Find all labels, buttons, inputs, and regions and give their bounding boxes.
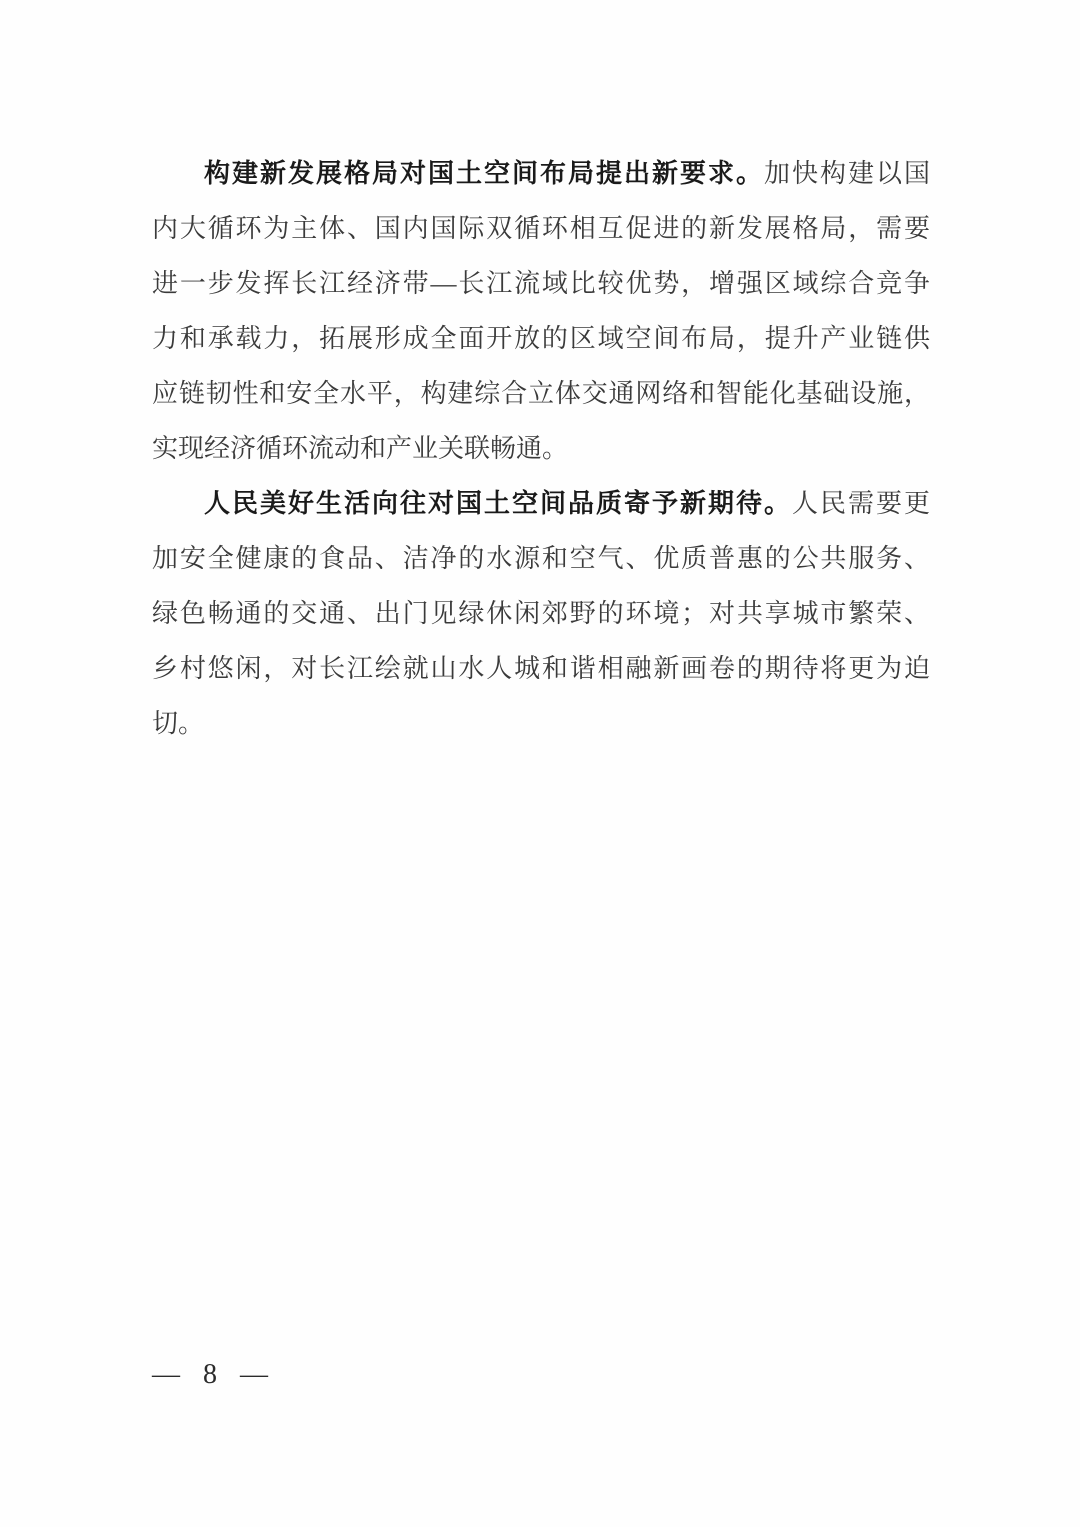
page-number: — 8 —: [152, 1358, 276, 1392]
text-line: 加安全健康的食品、洁净的水源和空气、优质普惠的公共服务、: [152, 531, 930, 586]
text-line: 切。: [152, 696, 930, 751]
text-line: 力和承载力，拓展形成全面开放的区域空间布局，提升产业链供: [152, 311, 930, 366]
document-page: 构建新发展格局对国土空间布局提出新要求。加快构建以国 内大循环为主体、国内国际双…: [0, 0, 1080, 1527]
line-text: 实现经济循环流动和产业关联畅通。: [152, 434, 568, 463]
line-text: 应链韧性和安全水平，构建综合立体交通网络和智能化基础设施，: [152, 379, 930, 408]
text-line: 乡村悠闲，对长江绘就山水人城和谐相融新画卷的期待将更为迫: [152, 641, 930, 696]
paragraph-people-better-life: 人民美好生活向往对国土空间品质寄予新期待。人民需要更 加安全健康的食品、洁净的水…: [152, 476, 930, 751]
text-line: 进一步发挥长江经济带—长江流域比较优势，增强区域综合竞争: [152, 256, 930, 311]
bold-lead-sentence: 构建新发展格局对国土空间布局提出新要求。: [204, 159, 764, 188]
line-text: 进一步发挥长江经济带—长江流域比较优势，增强区域综合竞争: [152, 269, 930, 298]
text-line: 构建新发展格局对国土空间布局提出新要求。加快构建以国: [152, 146, 930, 201]
paragraph-new-development-pattern: 构建新发展格局对国土空间布局提出新要求。加快构建以国 内大循环为主体、国内国际双…: [152, 146, 930, 476]
line-text: 内大循环为主体、国内国际双循环相互促进的新发展格局，需要: [152, 214, 930, 243]
text-line: 实现经济循环流动和产业关联畅通。: [152, 421, 930, 476]
document-body: 构建新发展格局对国土空间布局提出新要求。加快构建以国 内大循环为主体、国内国际双…: [152, 146, 930, 751]
line-text: 加快构建以国: [764, 159, 930, 188]
line-text: 绿色畅通的交通、出门见绿休闲郊野的环境；对共享城市繁荣、: [152, 599, 930, 628]
text-line: 人民美好生活向往对国土空间品质寄予新期待。人民需要更: [152, 476, 930, 531]
line-text: 切。: [152, 709, 204, 738]
line-text: 人民需要更: [792, 489, 930, 518]
bold-lead-sentence: 人民美好生活向往对国土空间品质寄予新期待。: [204, 489, 792, 518]
text-line: 绿色畅通的交通、出门见绿休闲郊野的环境；对共享城市繁荣、: [152, 586, 930, 641]
line-text: 乡村悠闲，对长江绘就山水人城和谐相融新画卷的期待将更为迫: [152, 654, 930, 683]
text-line: 内大循环为主体、国内国际双循环相互促进的新发展格局，需要: [152, 201, 930, 256]
line-text: 力和承载力，拓展形成全面开放的区域空间布局，提升产业链供: [152, 324, 930, 353]
text-line: 应链韧性和安全水平，构建综合立体交通网络和智能化基础设施，: [152, 366, 930, 421]
line-text: 加安全健康的食品、洁净的水源和空气、优质普惠的公共服务、: [152, 544, 930, 573]
